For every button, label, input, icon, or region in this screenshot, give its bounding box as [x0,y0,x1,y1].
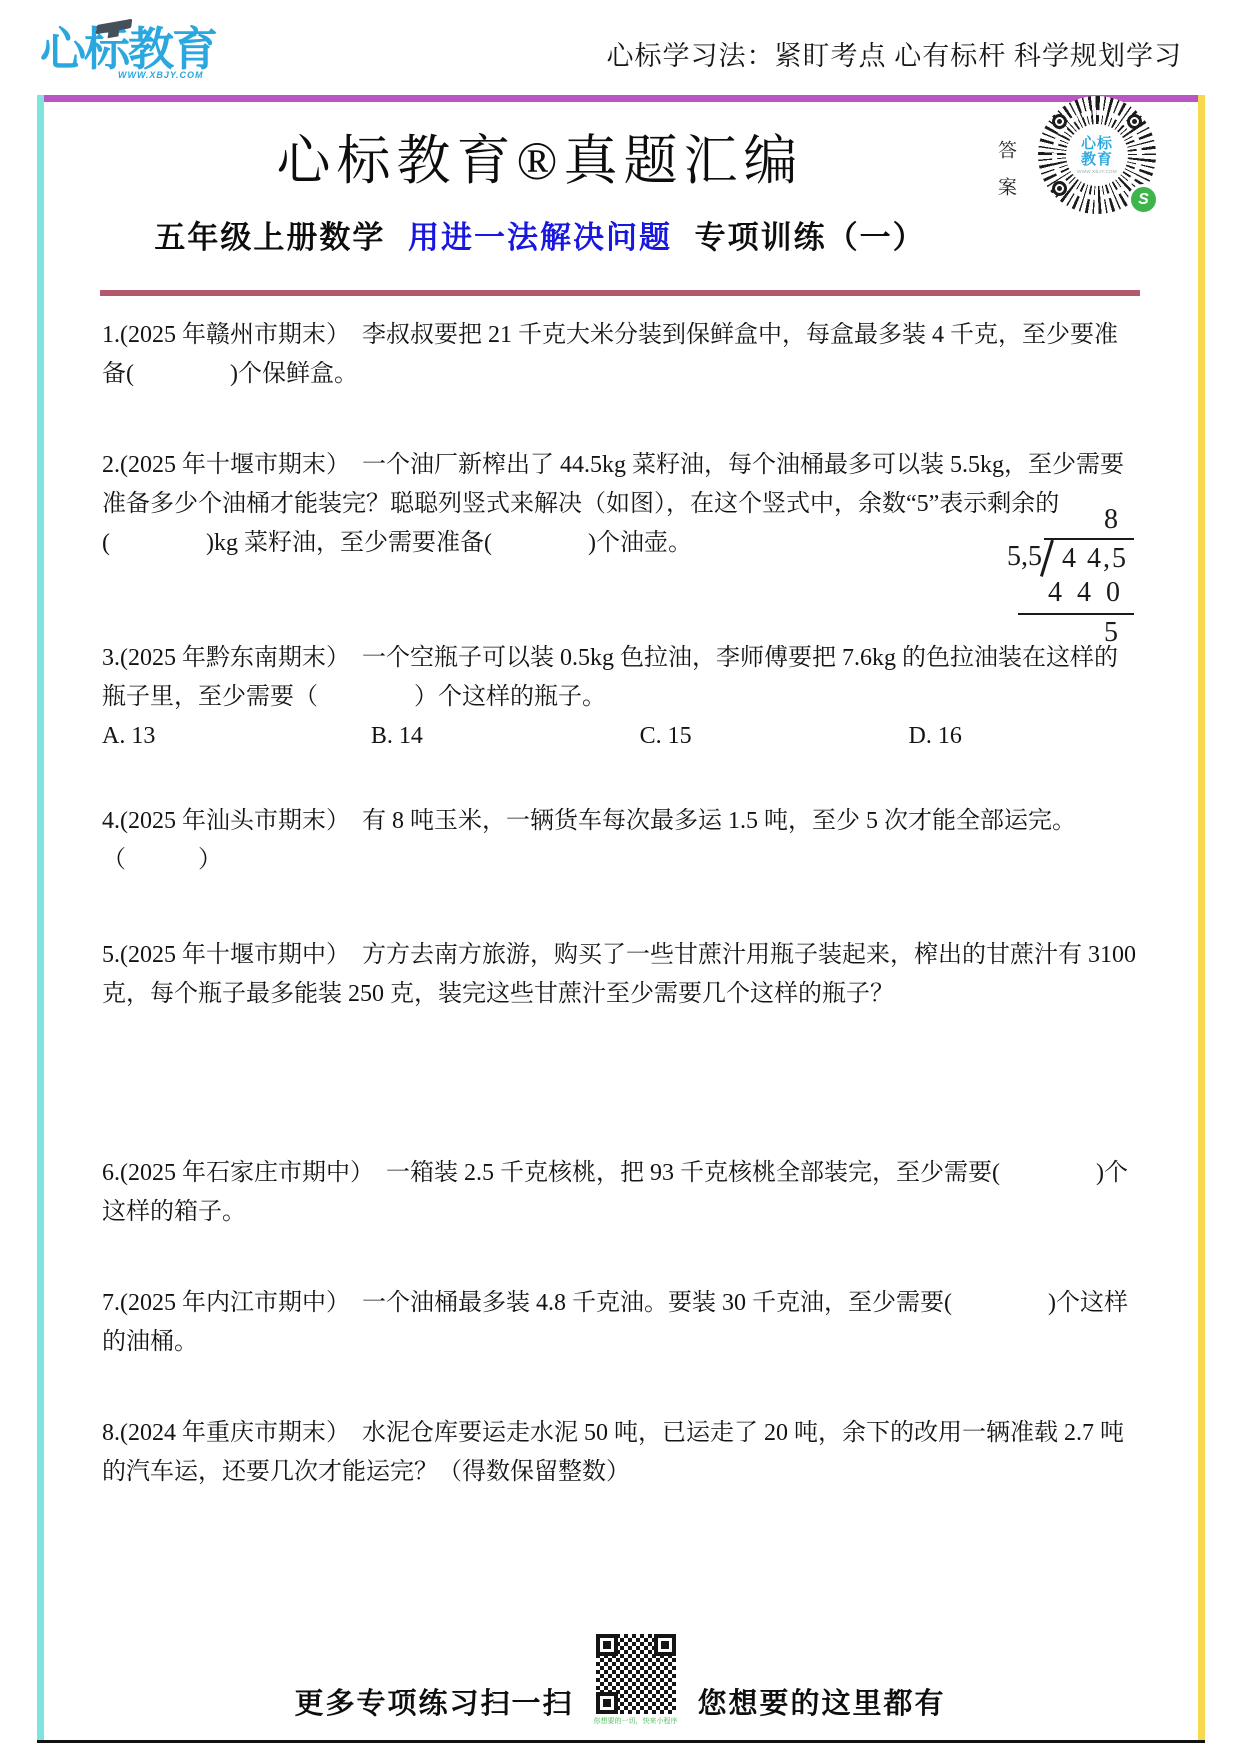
qr-finder-square [654,1634,676,1656]
qr-finder-dot [1052,181,1067,196]
worksheet-page: 心标教育 WWW.XBJY.COM 心标学习法：紧盯考点 心有标杆 科学规划学习… [0,0,1240,1754]
options-row: A. 13 B. 14 C. 15 D. 16 [102,717,1136,756]
page-subtitle: 五年级上册数学 用进一法解决问题 专项训练（一） [120,212,960,257]
option-d: D. 16 [908,717,1135,756]
page-title: 心标教育®真题汇编 [120,118,960,195]
mini-program-badge-icon: S [1128,184,1159,215]
qr-logo-line2: 教育 [1081,152,1113,168]
option-a: A. 13 [102,717,371,756]
division-divisor: 5,5 [1007,538,1044,575]
option-b: B. 14 [371,717,640,756]
qr-center-logo: 心标 教育 WWW.XBJY.COM [1066,124,1128,186]
division-remainder: 5 [904,617,1134,649]
subtitle-rule [100,290,1140,296]
question-3: 3.(2025 年黔东南期末） 一个空瓶子可以装 0.5kg 色拉油，李师傅要把… [102,639,1136,756]
long-division-figure: 8 5,5 4 4,5 4 4 0 5 [904,504,1134,649]
footer-qr-code [596,1634,676,1714]
question-7: 7.(2025 年内江市期中） 一个油桶最多装 4.8 千克油。要装 30 千克… [102,1284,1136,1362]
footer-right-text: 您想要的这里都有 [698,1681,946,1726]
qr-finder-square [596,1634,618,1656]
qr-finder-dot [1127,114,1142,129]
left-accent-border [37,95,44,1743]
division-bracket-icon [1044,538,1060,575]
footer: 更多专项练习扫一扫 你想要的一切，快来小程序 您想要的这里都有 [0,1634,1240,1726]
question-6: 6.(2025 年石家庄市期中） 一箱装 2.5 千克核桃，把 93 千克核桃全… [102,1154,1136,1232]
qr-finder-dot [1052,114,1067,129]
subtitle-suffix: 专项训练（一） [695,220,926,255]
qr-logo-url: WWW.XBJY.COM [1077,169,1117,174]
footer-left-text: 更多专项练习扫一扫 [294,1681,573,1726]
footer-qr-wrap: 你想要的一切，快来小程序 [588,1634,684,1726]
question-3-text: 3.(2025 年黔东南期末） 一个空瓶子可以装 0.5kg 色拉油，李师傅要把… [102,639,1136,717]
question-8: 8.(2024 年重庆市期末） 水泥仓库要运走水泥 50 吨，已运走了 20 吨… [102,1414,1136,1492]
questions-section: 1.(2025 年赣州市期末） 李叔叔要把 21 千克大米分装到保鲜盒中，每盒最… [102,316,1136,1492]
right-accent-border [1198,95,1205,1743]
question-2: 2.(2025 年十堰市期末） 一个油厂新榨出了 44.5kg 菜籽油，每个油桶… [102,446,1136,639]
division-product: 4 4 0 [1018,577,1134,614]
subtitle-prefix: 五年级上册数学 [154,220,385,255]
question-4: 4.(2025 年汕头市期末） 有 8 吨玉米，一辆货车每次最多运 1.5 吨，… [102,802,1136,880]
footer-qr-caption: 你想要的一切，快来小程序 [594,1716,678,1726]
brand-logo-text: 心标教育 [40,26,216,72]
header-slogan: 心标学习法：紧盯考点 心有标杆 科学规划学习 [607,34,1183,73]
question-5: 5.(2025 年十堰市期中） 方方去南方旅游，购买了一些甘蔗汁用瓶子装起来，榨… [102,936,1136,1014]
option-c: C. 15 [640,717,909,756]
qr-logo-line1: 心标 [1081,136,1113,152]
header-rule [37,95,1205,102]
subtitle-highlight: 用进一法解决问题 [408,220,672,255]
division-quotient: 8 [904,504,1134,536]
question-1: 1.(2025 年赣州市期末） 李叔叔要把 21 千克大米分装到保鲜盒中，每盒最… [102,316,1136,394]
answer-qr-code: 心标 教育 WWW.XBJY.COM S [1038,96,1156,214]
answer-label: 答案 [996,140,1015,214]
division-dividend: 4 4,5 [1060,538,1134,575]
qr-finder-square [596,1692,618,1714]
bottom-rule [37,1740,1205,1743]
brand-logo: 心标教育 WWW.XBJY.COM [40,26,216,80]
